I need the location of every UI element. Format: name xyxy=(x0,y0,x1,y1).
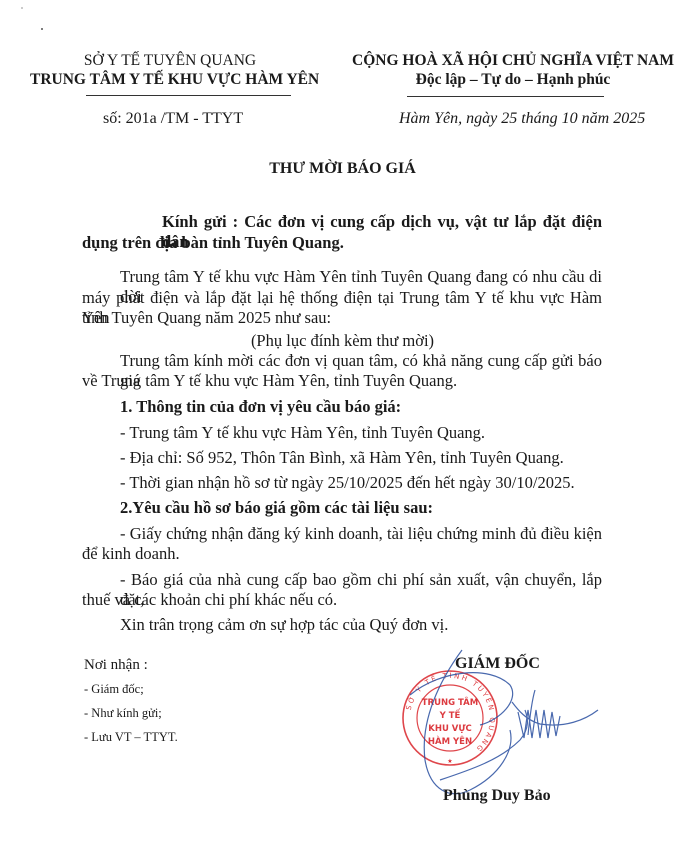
invite-line-2: về Trung tâm Y tế khu vực Hàm Yên, tỉnh … xyxy=(82,371,602,391)
recipient-item: - Giám đốc; xyxy=(84,682,144,697)
header-right: CỘNG HOÀ XÃ HỘI CHỦ NGHĨA VIỆT NAM Độc l… xyxy=(348,52,678,90)
signer-name: Phùng Duy Bảo xyxy=(443,787,551,805)
recipient-item: - Như kính gửi; xyxy=(84,706,162,721)
header-left: SỞ Y TẾ TUYÊN QUANG TRUNG TÂM Y TẾ KHU V… xyxy=(30,52,310,90)
organization-name: TRUNG TÂM Y TẾ KHU VỰC HÀM YÊN xyxy=(30,70,310,90)
closing-text: Xin trân trọng cảm ơn sự hợp tác của Quý… xyxy=(82,615,602,635)
recipient-item: - Lưu VT – TTYT. xyxy=(84,730,178,745)
section-1-item: - Địa chỉ: Số 952, Thôn Tân Bình, xã Hàm… xyxy=(82,448,602,468)
header-left-underline xyxy=(86,95,291,96)
section-2-item-1-line-2: để kinh doanh. xyxy=(82,544,602,564)
header-right-underline xyxy=(407,96,604,97)
section-2-item-2-line-2: thuế và các khoản chi phí khác nếu có. xyxy=(82,590,602,610)
section-1-item: - Trung tâm Y tế khu vực Hàm Yên, tỉnh T… xyxy=(82,423,602,443)
scan-speck xyxy=(21,7,23,9)
national-title: CỘNG HOÀ XÃ HỘI CHỦ NGHĨA VIỆT NAM xyxy=(348,52,678,70)
recipients-label: Nơi nhận : xyxy=(84,657,148,674)
department-name: SỞ Y TẾ TUYÊN QUANG xyxy=(30,52,310,70)
intro-line-3: tỉnh Tuyên Quang năm 2025 như sau: xyxy=(82,308,602,328)
addressee-label: Kính gửi : xyxy=(162,212,244,231)
scan-speck xyxy=(41,28,43,30)
section-1-heading: 1. Thông tin của đơn vị yêu cầu báo giá: xyxy=(82,397,602,417)
addressee-line-2: dụng trên địa bàn tỉnh Tuyên Quang. xyxy=(82,233,602,253)
place-date: Hàm Yên, ngày 25 tháng 10 năm 2025 xyxy=(399,110,645,128)
section-2-item-1-line-1: - Giấy chứng nhận đăng ký kinh doanh, tà… xyxy=(82,524,602,544)
section-2-heading: 2.Yêu cầu hồ sơ báo giá gồm các tài liệu… xyxy=(82,498,602,518)
section-1-item: - Thời gian nhận hồ sơ từ ngày 25/10/202… xyxy=(82,473,602,493)
appendix-note: (Phụ lục đính kèm thư mời) xyxy=(0,331,685,351)
document-title: THƯ MỜI BÁO GIÁ xyxy=(0,160,685,178)
national-motto: Độc lập – Tự do – Hạnh phúc xyxy=(348,70,678,90)
document-number: số: 201a /TM - TTYT xyxy=(103,110,243,128)
